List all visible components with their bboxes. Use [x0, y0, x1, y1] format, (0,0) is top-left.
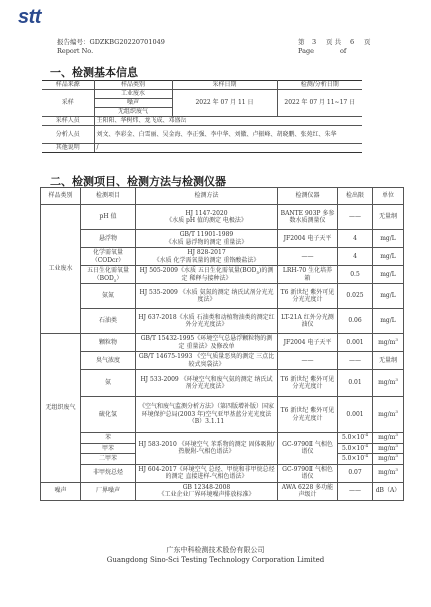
method-code: GB/T 11901-1989	[138, 231, 275, 239]
method: HJ 1147-2020《水质 pH 值的测定 电极法》	[136, 205, 278, 230]
header-cell: 样品类别	[94, 81, 172, 90]
method: GB/T 15432-1995《环境空气总悬浮颗粒物的测定 重量法》及修改单	[136, 334, 278, 352]
unit: mg/m3	[373, 370, 404, 397]
table-row: 石油类 HJ 637-2018《水质 石油类和动植物油类的测定红外分光光度法》 …	[41, 309, 404, 334]
page-label-cn-2: 页 共	[326, 38, 350, 47]
footer-company-cn: 广东中科检测技术股份有限公司	[0, 545, 431, 555]
item: 非甲烷总烃	[81, 464, 136, 482]
instrument: T6 新世纪 紫外可见分光光度计	[278, 397, 338, 433]
item-text: 五日生化需氧量（BOD	[87, 267, 129, 282]
page-label-cn-1: 第	[298, 38, 312, 47]
limit: 0.001	[338, 397, 373, 433]
method-code: GB 12348-2008	[138, 484, 275, 492]
unit-superscript: 3	[395, 453, 398, 458]
group-air: 无组织废气	[41, 334, 81, 483]
table-row: 氨 HJ 533-2009 《环境空气和废气氨的测定 纳氏试剂分光光度法》 T6…	[41, 370, 404, 397]
unit-text: mg/m	[378, 469, 395, 476]
analysts-label: 分析人员	[42, 126, 94, 144]
unit: mg/m3	[373, 454, 404, 465]
header-cell: 样品来源	[42, 81, 94, 90]
limit-text: 5.0×10	[342, 434, 364, 441]
unit-superscript: 3	[395, 432, 398, 437]
instrument: GC-9790Ⅱ 气相色谱仪	[278, 433, 338, 465]
table-row: 分析人员 刘文、李彩金、白雪丽、吴金海、李正强、李中华、刘徽、卢振峰、胡晓鹏、张…	[42, 126, 362, 144]
sampling-date: 2022 年 07 月 11 日	[172, 90, 277, 117]
unit: mg/L	[373, 309, 404, 334]
instrument: T6 新世纪 紫外可见分光光度计	[278, 284, 338, 309]
unit-superscript: 3	[395, 377, 398, 382]
limit: 0.5	[338, 266, 373, 284]
page-total: 6	[350, 38, 364, 47]
page-label-cn-3: 页	[364, 38, 371, 47]
method-text: HJ 505-2009《水质 五日生化需氧量(BOD	[140, 267, 257, 274]
method: 《空气和废气监测分析方法》（第四版增补版）国家环境保护总局(2003 年)空气亚…	[136, 397, 278, 433]
notes-value: /	[94, 144, 362, 153]
table-row: 五日生化需氧量（BOD5） HJ 505-2009《水质 五日生化需氧量(BOD…	[41, 266, 404, 284]
sample-source: 采样	[42, 90, 94, 117]
limit: 0.025	[338, 284, 373, 309]
unit-superscript: 3	[395, 409, 398, 414]
method: GB/T 14675-1993 《空气质量恶臭的测定 三点比较式臭袋法》	[136, 352, 278, 370]
unit: mg/L	[373, 230, 404, 248]
methods-header-row: 样品类别 检测项目 检测方法 检测仪器 检出限 单位	[41, 188, 404, 205]
instrument: GC-9790Ⅱ 气相色谱仪	[278, 464, 338, 482]
instrument: JF2004 电子天平	[278, 230, 338, 248]
item: 石油类	[81, 309, 136, 334]
table-row: 噪声 厂界噪声 GB 12348-2008《工业企业厂界环境噪声排放标准》 AW…	[41, 482, 404, 500]
limit: 0.07	[338, 464, 373, 482]
item: 苯	[81, 433, 136, 444]
page-current: 3	[312, 38, 326, 47]
unit-text: mg/m	[378, 339, 395, 346]
unit-superscript: 3	[395, 337, 398, 342]
item-text: ）	[116, 275, 122, 282]
instrument: LRH-70 生化培养箱	[278, 266, 338, 284]
samplers-label: 采样人员	[42, 117, 94, 126]
instrument: LT-21A 红外分光测油仪	[278, 309, 338, 334]
page-label-en: Page	[298, 47, 340, 56]
section1-title: 一、检测基本信息	[50, 64, 138, 80]
table-row: 工业废水 pH 值 HJ 1147-2020《水质 pH 值的测定 电极法》 B…	[41, 205, 404, 230]
unit: dB（A）	[373, 482, 404, 500]
table-row: 采样 工业废水 2022 年 07 月 11 日 2022 年 07 月 11~…	[42, 90, 362, 99]
limit: 5.0×10-4	[338, 433, 373, 444]
report-number-block: 报告编号：GDZKBG20220701049 Report No.	[57, 38, 165, 56]
group-water: 工业废水	[41, 205, 81, 334]
header-cell: 单位	[373, 188, 404, 205]
basic-info-table: 样品来源 样品类别 采样日期 检测/分析日期 采样 工业废水 2022 年 07…	[42, 80, 362, 153]
method: HJ 828-2017《水质 化学需氧量的测定 重铬酸盐法》	[136, 248, 278, 266]
header-cell: 检测方法	[136, 188, 278, 205]
header-cell: 检测仪器	[278, 188, 338, 205]
sample-category: 无组织废气	[94, 108, 172, 117]
unit-text: mg/m	[378, 455, 395, 462]
sample-category: 噪声	[94, 99, 172, 108]
unit: mg/m3	[373, 464, 404, 482]
sample-category: 工业废水	[94, 90, 172, 99]
header-cell: 检测/分析日期	[277, 81, 362, 90]
unit-text: mg/m	[378, 379, 395, 386]
unit: mg/m3	[373, 443, 404, 454]
unit-text: mg/m	[378, 445, 395, 452]
footer: 广东中科检测技术股份有限公司 Guangdong Sino-Sci Testin…	[0, 545, 431, 565]
header-cell: 样品类别	[41, 188, 81, 205]
method: HJ 533-2009 《环境空气和废气氨的测定 纳氏试剂分光光度法》	[136, 370, 278, 397]
limit: 0.01	[338, 370, 373, 397]
method-name: 《水质 化学需氧量的测定 重铬酸盐法》	[138, 257, 275, 265]
report-no-label-cn: 报告编号：	[57, 38, 90, 46]
table-row: 非甲烷总烃 HJ 604-2017《环境空气 总烃、甲烷和非甲烷总烃的测定 直接…	[41, 464, 404, 482]
method: HJ 535-2009 《水质 氨氮的测定 纳氏试剂分光光度法》	[136, 284, 278, 309]
method-code: HJ 828-2017	[138, 249, 275, 257]
item: 化学需氧量（CODcr）	[81, 248, 136, 266]
limit-superscript: -4	[364, 432, 368, 437]
limit: 0.06	[338, 309, 373, 334]
method: HJ 637-2018《水质 石油类和动植物油类的测定红外分光光度法》	[136, 309, 278, 334]
header-cell: 检出限	[338, 188, 373, 205]
instrument: ——	[278, 352, 338, 370]
instrument: ——	[278, 248, 338, 266]
company-logo: stt	[18, 6, 41, 29]
unit: mg/L	[373, 284, 404, 309]
method-code: HJ 1147-2020	[138, 210, 275, 218]
method: HJ 505-2009《水质 五日生化需氧量(BOD5)的测定 稀释与接种法》	[136, 266, 278, 284]
unit-superscript: 3	[395, 443, 398, 448]
unit: 无量纲	[373, 352, 404, 370]
item: 硫化氢	[81, 397, 136, 433]
analysts-value: 刘文、李彩金、白雪丽、吴金海、李正强、李中华、刘徽、卢振峰、胡晓鹏、张苑红、朱华	[94, 126, 362, 144]
item: 氨氮	[81, 284, 136, 309]
unit: mg/L	[373, 266, 404, 284]
instrument: JF2004 电子天平	[278, 334, 338, 352]
table-row: 苯 HJ 583-2010 《环境空气 苯系物的测定 固体吸附/热脱附-气相色谱…	[41, 433, 404, 444]
limit: 4	[338, 230, 373, 248]
limit: 0.001	[338, 334, 373, 352]
method: GB 12348-2008《工业企业厂界环境噪声排放标准》	[136, 482, 278, 500]
limit-superscript: -4	[364, 453, 368, 458]
table-row: 悬浮物 GB/T 11901-1989《水质 悬浮物的测定 重量法》 JF200…	[41, 230, 404, 248]
table-row: 无组织废气 颗粒物 GB/T 15432-1995《环境空气总悬浮颗粒物的测定 …	[41, 334, 404, 352]
item: 氨	[81, 370, 136, 397]
header-cell: 检测项目	[81, 188, 136, 205]
report-no-value: GDZKBG20220701049	[90, 38, 165, 46]
unit: mg/L	[373, 248, 404, 266]
unit-text: mg/m	[378, 434, 395, 441]
report-no-label-en: Report No.	[57, 47, 165, 56]
item: 臭气浓度	[81, 352, 136, 370]
limit: ——	[338, 482, 373, 500]
method: GB/T 11901-1989《水质 悬浮物的测定 重量法》	[136, 230, 278, 248]
limit: ——	[338, 352, 373, 370]
limit: 5.0×10-4	[338, 454, 373, 465]
method-name: 《水质 悬浮物的测定 重量法》	[138, 239, 275, 247]
item: pH 值	[81, 205, 136, 230]
limit-text: 5.0×10	[342, 455, 364, 462]
item: 悬浮物	[81, 230, 136, 248]
of-label-en: of	[340, 47, 346, 56]
footer-company-en: Guangdong Sino-Sci Testing Technology Co…	[0, 555, 431, 565]
limit: ——	[338, 205, 373, 230]
limit-superscript: -4	[364, 443, 368, 448]
unit: mg/m3	[373, 433, 404, 444]
instrument: AWA 6228 多功能声级计	[278, 482, 338, 500]
method-name: 《工业企业厂界环境噪声排放标准》	[138, 491, 275, 499]
unit-text: mg/m	[378, 411, 395, 418]
limit: 4	[338, 248, 373, 266]
table-row: 臭气浓度 GB/T 14675-1993 《空气质量恶臭的测定 三点比较式臭袋法…	[41, 352, 404, 370]
unit: mg/m3	[373, 334, 404, 352]
instrument: BANTE 903P 多参数水质测量仪	[278, 205, 338, 230]
item: 厂界噪声	[81, 482, 136, 500]
notes-label: 其他说明	[42, 144, 94, 153]
item: 二甲苯	[81, 454, 136, 465]
instrument: T6 新世纪 紫外可见分光光度计	[278, 370, 338, 397]
item: 五日生化需氧量（BOD5）	[81, 266, 136, 284]
method: HJ 604-2017《环境空气 总烃、甲烷和非甲烷总烃的测定 直接进样-气相色…	[136, 464, 278, 482]
table-row: 采样人员 王阳阳、华树炜、龙飞成、邓盛岳	[42, 117, 362, 126]
table-row: 化学需氧量（CODcr） HJ 828-2017《水质 化学需氧量的测定 重铬酸…	[41, 248, 404, 266]
page-number-block: 第 3 页 共 6 页 Page of	[298, 38, 371, 56]
method: HJ 583-2010 《环境空气 苯系物的测定 固体吸附/热脱附-气相色谱法》	[136, 433, 278, 465]
methods-table: 样品类别 检测项目 检测方法 检测仪器 检出限 单位 工业废水 pH 值 HJ …	[40, 187, 404, 501]
item: 甲苯	[81, 443, 136, 454]
unit: 无量纲	[373, 205, 404, 230]
item: 颗粒物	[81, 334, 136, 352]
unit: mg/m3	[373, 397, 404, 433]
table-row: 其他说明 /	[42, 144, 362, 153]
limit: 5.0×10-4	[338, 443, 373, 454]
unit-superscript: 3	[395, 467, 398, 472]
basic-info-header-row: 样品来源 样品类别 采样日期 检测/分析日期	[42, 81, 362, 90]
samplers-value: 王阳阳、华树炜、龙飞成、邓盛岳	[94, 117, 362, 126]
group-noise: 噪声	[41, 482, 81, 500]
analysis-date: 2022 年 07 月 11~17 日	[277, 90, 362, 117]
limit-text: 5.0×10	[342, 445, 364, 452]
method-name: 《水质 pH 值的测定 电极法》	[138, 217, 275, 225]
table-row: 氨氮 HJ 535-2009 《水质 氨氮的测定 纳氏试剂分光光度法》 T6 新…	[41, 284, 404, 309]
header-cell: 采样日期	[172, 81, 277, 90]
table-row: 硫化氢 《空气和废气监测分析方法》（第四版增补版）国家环境保护总局(2003 年…	[41, 397, 404, 433]
